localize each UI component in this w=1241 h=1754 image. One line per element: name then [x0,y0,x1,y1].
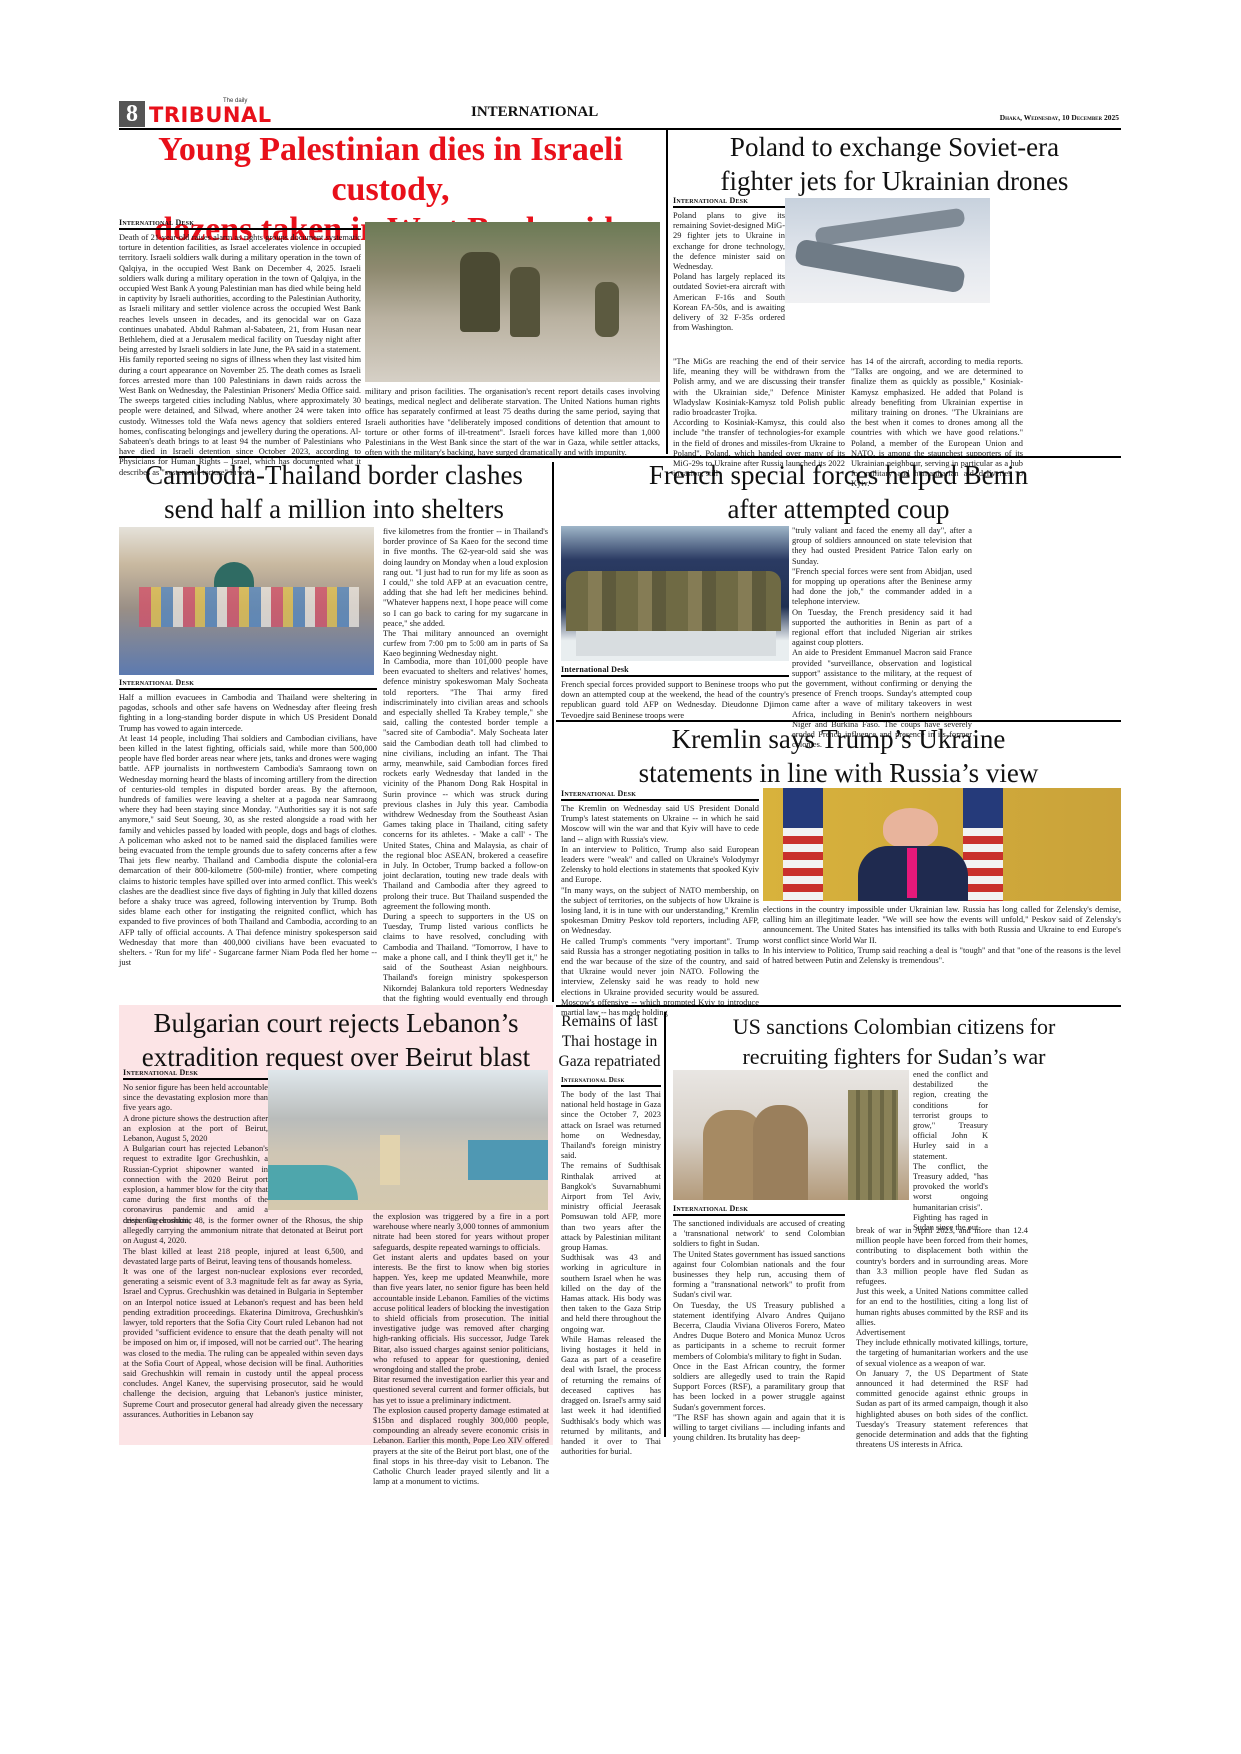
desk-label: International Desk [561,1076,661,1087]
section-title: INTERNATIONAL [471,104,598,121]
mig-29-jets-photo [785,198,990,303]
cambodia-headline: Cambodia-Thailand border clashes send ha… [119,458,549,526]
section-rule [556,1005,1121,1007]
column-divider [552,462,554,1002]
trump-speaking-photo [763,788,1121,901]
beirut-port-explosion-photo [268,1070,548,1210]
benin-soldiers-tv-photo [561,526,789,661]
poland-headline: Poland to exchange Soviet-era fighter je… [668,130,1121,198]
bulgaria-headline: Bulgarian court rejects Lebanon’s extrad… [119,1006,553,1074]
palestine-body-col2: military and prison facilities. The orga… [365,387,660,458]
desk-label: International Desk [561,665,789,677]
kremlin-headline: Kremlin says Trump’s Ukraine statements … [556,722,1121,790]
page-number: 8 [119,101,145,127]
desk-label: International Desk [561,789,759,801]
benin-headline: French special forces helped Benin after… [556,458,1121,526]
palestine-body-col1: Death of 21-year-old raises alarm as rig… [119,233,361,478]
colombia-headline: US sanctions Colombian citizens for recr… [667,1012,1121,1072]
israeli-soldiers-photo [365,222,660,382]
desk-label: International Desk [123,1068,268,1080]
thai-hostage-headline: Remains of last Thai hostage in Gaza rep… [558,1012,661,1072]
column-divider [664,1012,666,1437]
desk-label: International Desk [119,218,361,230]
sudan-soldiers-photo [673,1070,909,1200]
desk-label: International Desk [119,678,377,690]
masthead: 8 The daily TRIBUNAL INTERNATIONAL Dhaka… [119,101,1119,129]
desk-label: International Desk [673,1204,845,1216]
desk-label: International Desk [673,196,785,208]
logo: TRIBUNAL [149,103,272,127]
evacuee-shelter-photo [119,527,374,675]
dateline: Dhaka, Wednesday, 10 December 2025 [1000,113,1119,122]
